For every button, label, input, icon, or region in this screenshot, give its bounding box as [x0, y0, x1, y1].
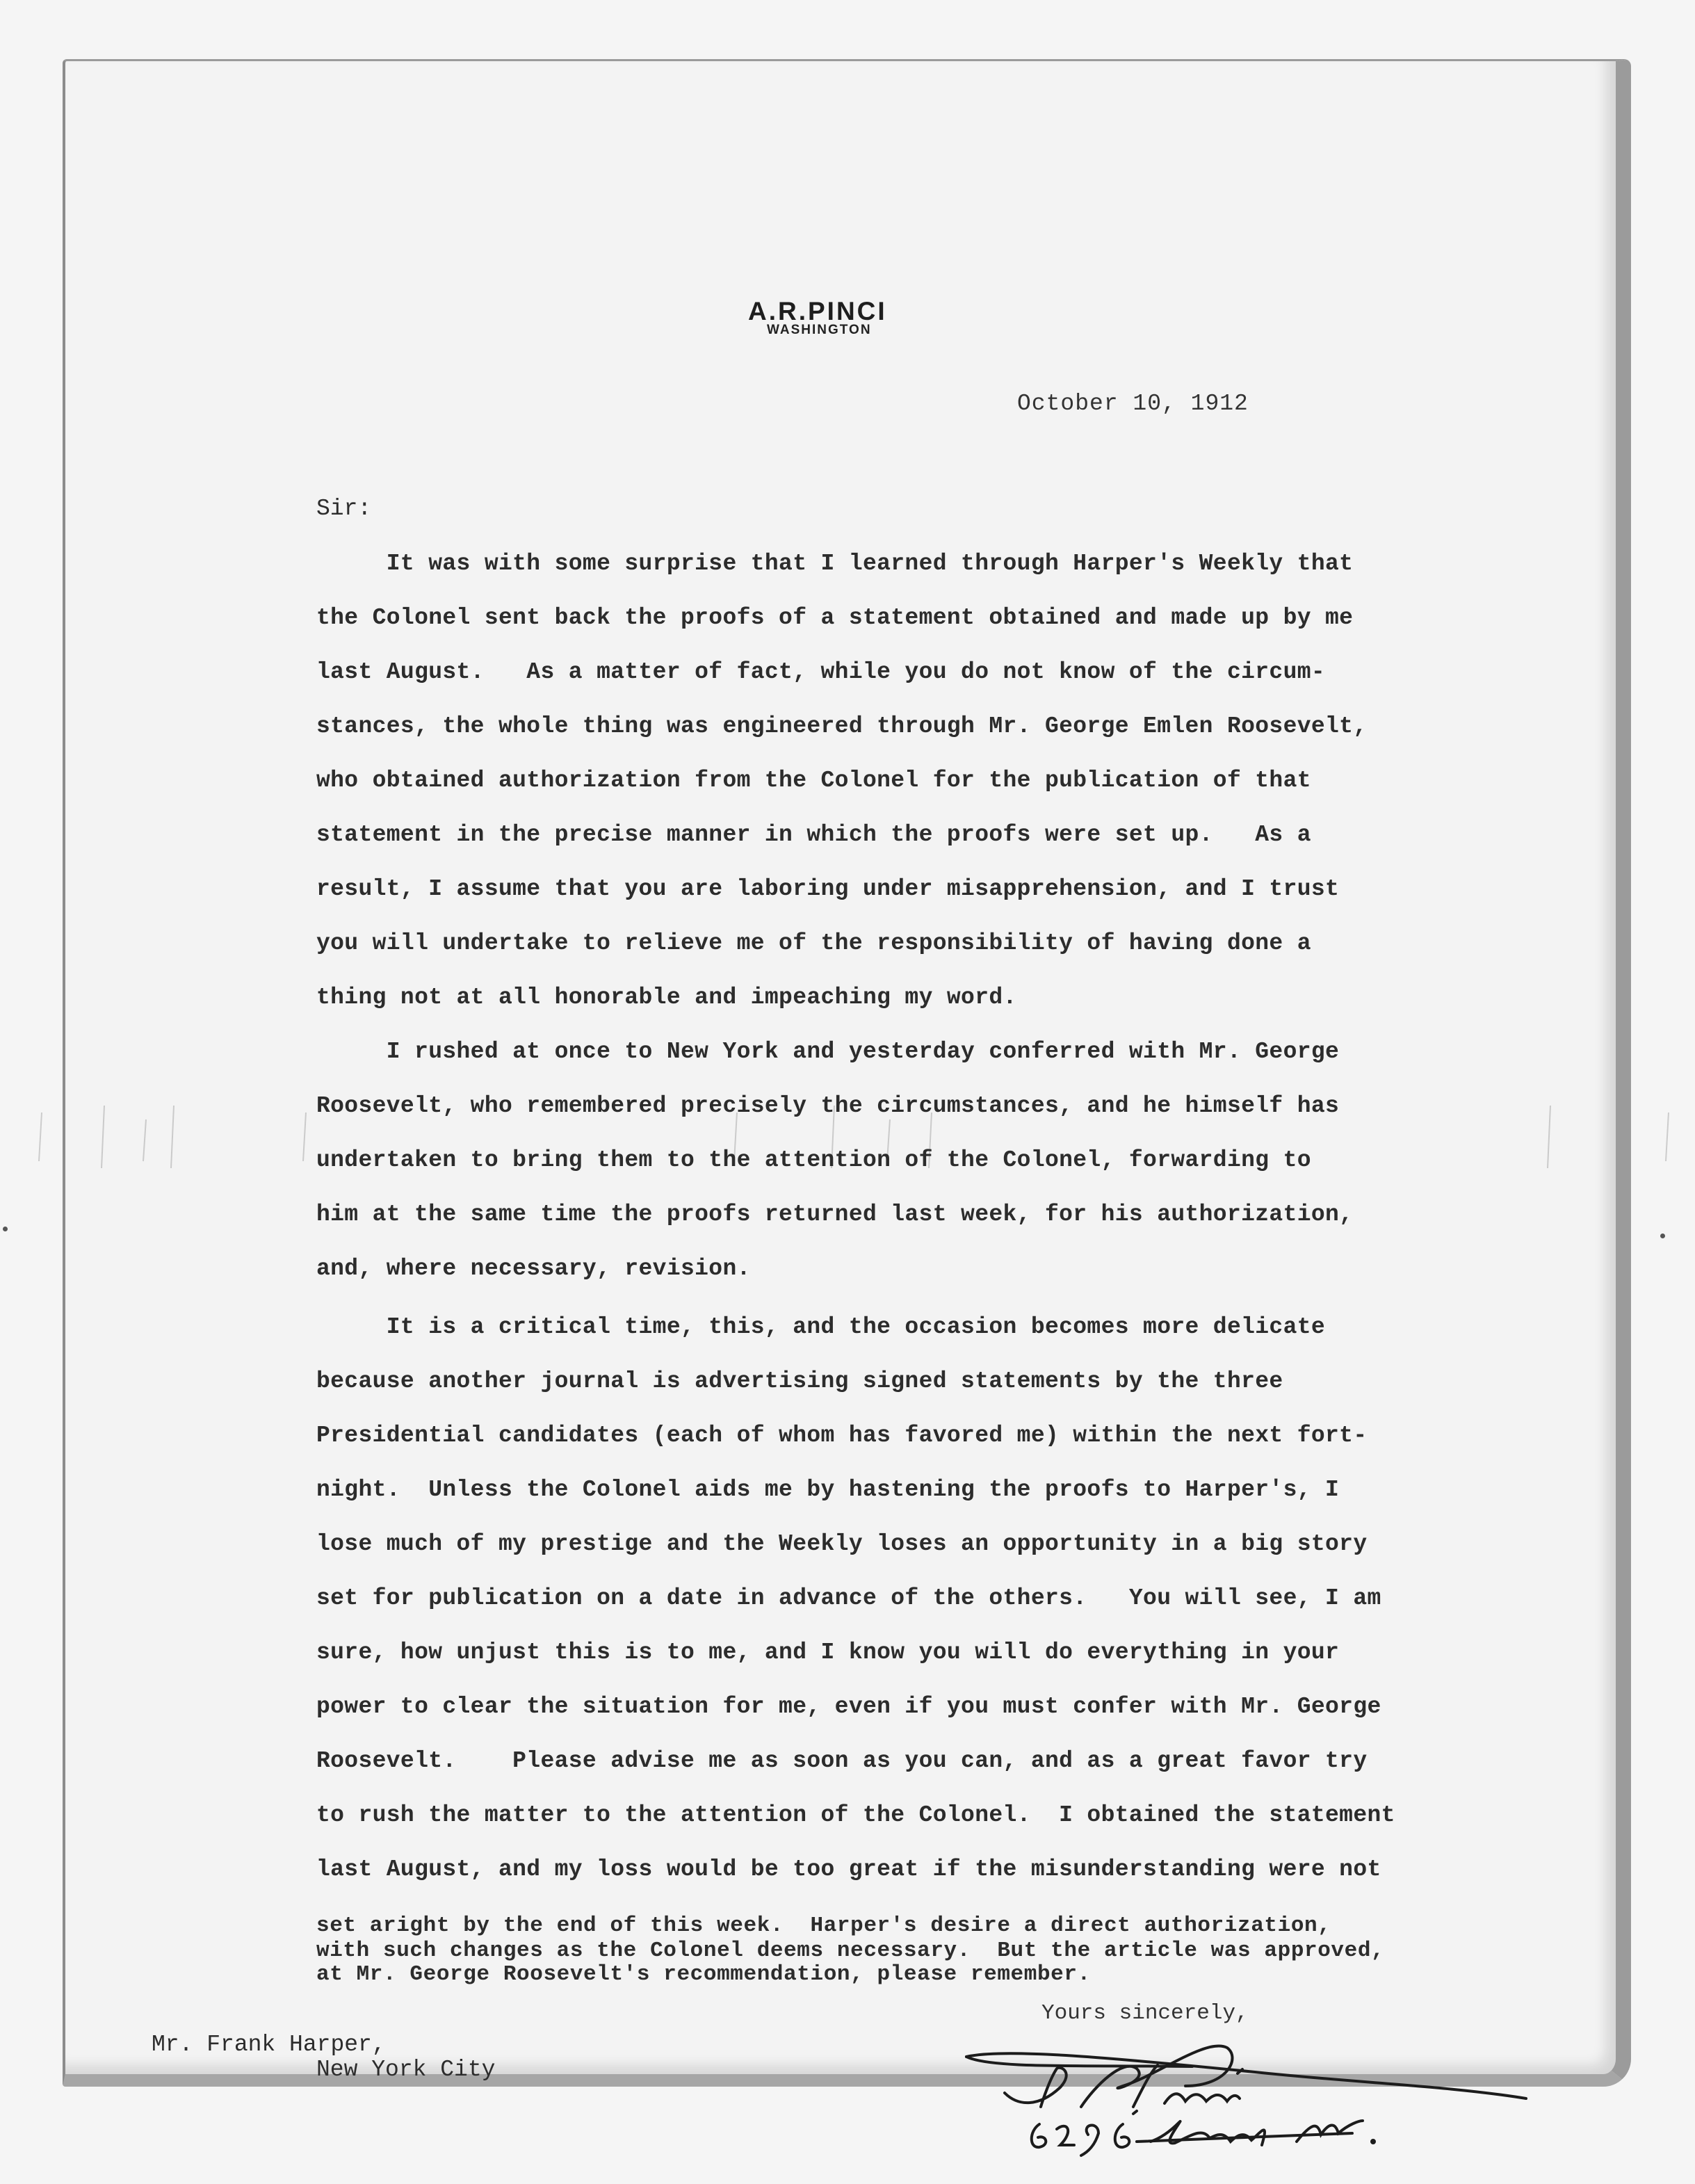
letter-date: October 10, 1912 — [1017, 391, 1249, 416]
body-line: power to clear the situation for me, eve… — [316, 1694, 1381, 1720]
body-line: Roosevelt. Please advise me as soon as y… — [316, 1748, 1368, 1774]
addressee-name: Mr. Frank Harper, — [152, 2032, 386, 2057]
body-line: sure, how unjust this is to me, and I kn… — [316, 1640, 1339, 1665]
body-line: set aright by the end of this week. Harp… — [316, 1914, 1331, 1938]
handwritten-signature — [963, 2009, 1561, 2169]
body-line: because another journal is advertising s… — [316, 1368, 1283, 1394]
body-line: It is a critical time, this, and the occ… — [316, 1314, 1325, 1340]
body-line: him at the same time the proofs returned… — [316, 1202, 1353, 1227]
body-line: at Mr. George Roosevelt's recommendation… — [316, 1962, 1091, 1987]
letter-paper — [63, 59, 1631, 2087]
body-line: It was with some surprise that I learned… — [316, 551, 1353, 576]
body-line: you will undertake to relieve me of the … — [316, 930, 1311, 956]
body-line: result, I assume that you are laboring u… — [316, 876, 1339, 902]
body-line: and, where necessary, revision. — [316, 1256, 751, 1281]
body-line: Roosevelt, who remembered precisely the … — [316, 1093, 1339, 1119]
body-line: set for publication on a date in advance… — [316, 1585, 1381, 1611]
body-line: to rush the matter to the attention of t… — [316, 1802, 1395, 1828]
body-line: last August, and my loss would be too gr… — [316, 1857, 1381, 1882]
body-line: thing not at all honorable and impeachin… — [316, 985, 1017, 1010]
salutation: Sir: — [316, 496, 371, 521]
addressee-city: New York City — [316, 2057, 495, 2082]
body-line: who obtained authorization from the Colo… — [316, 768, 1311, 793]
body-line: Presidential candidates (each of whom ha… — [316, 1423, 1368, 1448]
body-line: I rushed at once to New York and yesterd… — [316, 1039, 1339, 1065]
body-line: last August. As a matter of fact, while … — [316, 659, 1325, 685]
body-line: the Colonel sent back the proofs of a st… — [316, 605, 1353, 631]
paper-speck — [3, 1227, 8, 1231]
body-line: undertaken to bring them to the attentio… — [316, 1147, 1311, 1173]
paper-speck — [1660, 1233, 1665, 1238]
letterhead-city: WASHINGTON — [767, 323, 872, 338]
letterhead-name: A.R.PINCI — [748, 297, 887, 326]
body-line: night. Unless the Colonel aids me by has… — [316, 1477, 1339, 1503]
body-line: statement in the precise manner in which… — [316, 822, 1311, 848]
body-line: lose much of my prestige and the Weekly … — [316, 1531, 1368, 1557]
body-line: stances, the whole thing was engineered … — [316, 713, 1368, 739]
body-line: with such changes as the Colonel deems n… — [316, 1939, 1384, 1963]
